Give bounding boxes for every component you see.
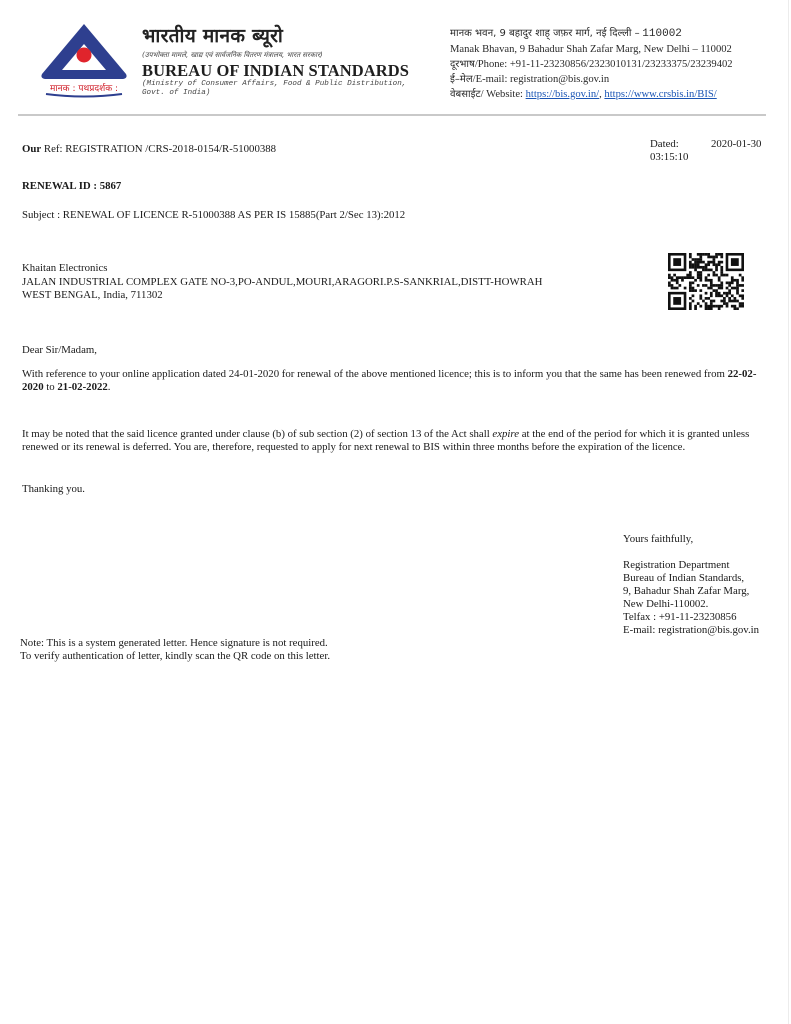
expiry-paragraph: It may be noted that the said licence gr… — [22, 428, 770, 454]
address-english: Manak Bhavan, 9 Bahadur Shah Zafar Marg,… — [450, 42, 733, 57]
renewal-paragraph: With reference to your online applicatio… — [22, 368, 770, 394]
recipient-address: Khaitan Electronics JALAN INDUSTRIAL COM… — [22, 262, 542, 303]
signature-line: Bureau of Indian Standards, — [623, 572, 759, 585]
ministry-hindi: (उपभोक्ता मामले, खाद्य एवं सार्वजनिक वित… — [142, 51, 323, 60]
dated-time: 03:15:10 — [650, 151, 761, 164]
signature-line: 9, Bahadur Shah Zafar Marg, — [623, 585, 759, 598]
reference-line: Our Ref: REGISTRATION /CRS-2018-0154/R-5… — [22, 143, 276, 156]
sign-off: Yours faithfully, — [623, 533, 693, 546]
note-line: To verify authentication of letter, kind… — [20, 650, 330, 663]
renewal-id: RENEWAL ID : 5867 — [22, 180, 121, 193]
dated-date: 2020-01-30 — [711, 138, 761, 151]
address-hindi: मानक भवन, 9 बहादुर शाह् जफ़र मार्ग, नई द… — [450, 26, 733, 42]
system-note: Note: This is a system generated letter.… — [20, 637, 330, 663]
email-line: ई–मेल/E-mail: registration@bis.gov.in — [450, 72, 733, 87]
note-line: Note: This is a system generated letter.… — [20, 637, 330, 650]
org-name-hindi: भारतीय मानक ब्यूरो — [142, 22, 283, 48]
header-divider — [18, 114, 766, 116]
org-name-english: BUREAU OF INDIAN STANDARDS — [142, 61, 409, 81]
recipient-name: Khaitan Electronics — [22, 262, 542, 276]
signature-line: Telfax : +91-11-23230856 — [623, 611, 759, 624]
valid-to-date: 21-02-2022 — [57, 381, 107, 393]
salutation: Dear Sir/Madam, — [22, 344, 97, 357]
signature-line: E-mail: registration@bis.gov.in — [623, 624, 759, 637]
recipient-address-line1: JALAN INDUSTRIAL COMPLEX GATE NO-3,PO-AN… — [22, 276, 542, 290]
dated-block: Dated: 2020-01-30 03:15:10 — [650, 138, 761, 164]
bis-triangle-logo-icon: मानक : पथप्रदर्शक : — [40, 22, 128, 100]
qr-code-icon — [668, 253, 744, 310]
phone-line: दूरभाष/Phone: +91-11-23230856/2323010131… — [450, 57, 733, 72]
recipient-address-line2: WEST BENGAL, India, 711302 — [22, 289, 542, 303]
signature-block: Registration Department Bureau of Indian… — [623, 559, 759, 637]
website-link-bis[interactable]: https://bis.gov.in/ — [526, 89, 599, 100]
signature-line: Registration Department — [623, 559, 759, 572]
subject-line: Subject : RENEWAL OF LICENCE R-51000388 … — [22, 209, 405, 222]
website-line: वेबसाईट/ Website: https://bis.gov.in/, h… — [450, 87, 733, 102]
signature-line: New Delhi-110002. — [623, 598, 759, 611]
dated-label: Dated: — [650, 138, 711, 151]
closing-thanks: Thanking you. — [22, 483, 85, 496]
page-edge — [788, 0, 789, 1024]
website-link-crsbis[interactable]: https://www.crsbis.in/BIS/ — [604, 89, 716, 100]
ministry-english: (Ministry of Consumer Affairs, Food & Pu… — [142, 80, 432, 98]
contact-block: मानक भवन, 9 बहादुर शाह् जफ़र मार्ग, नई द… — [450, 26, 733, 102]
